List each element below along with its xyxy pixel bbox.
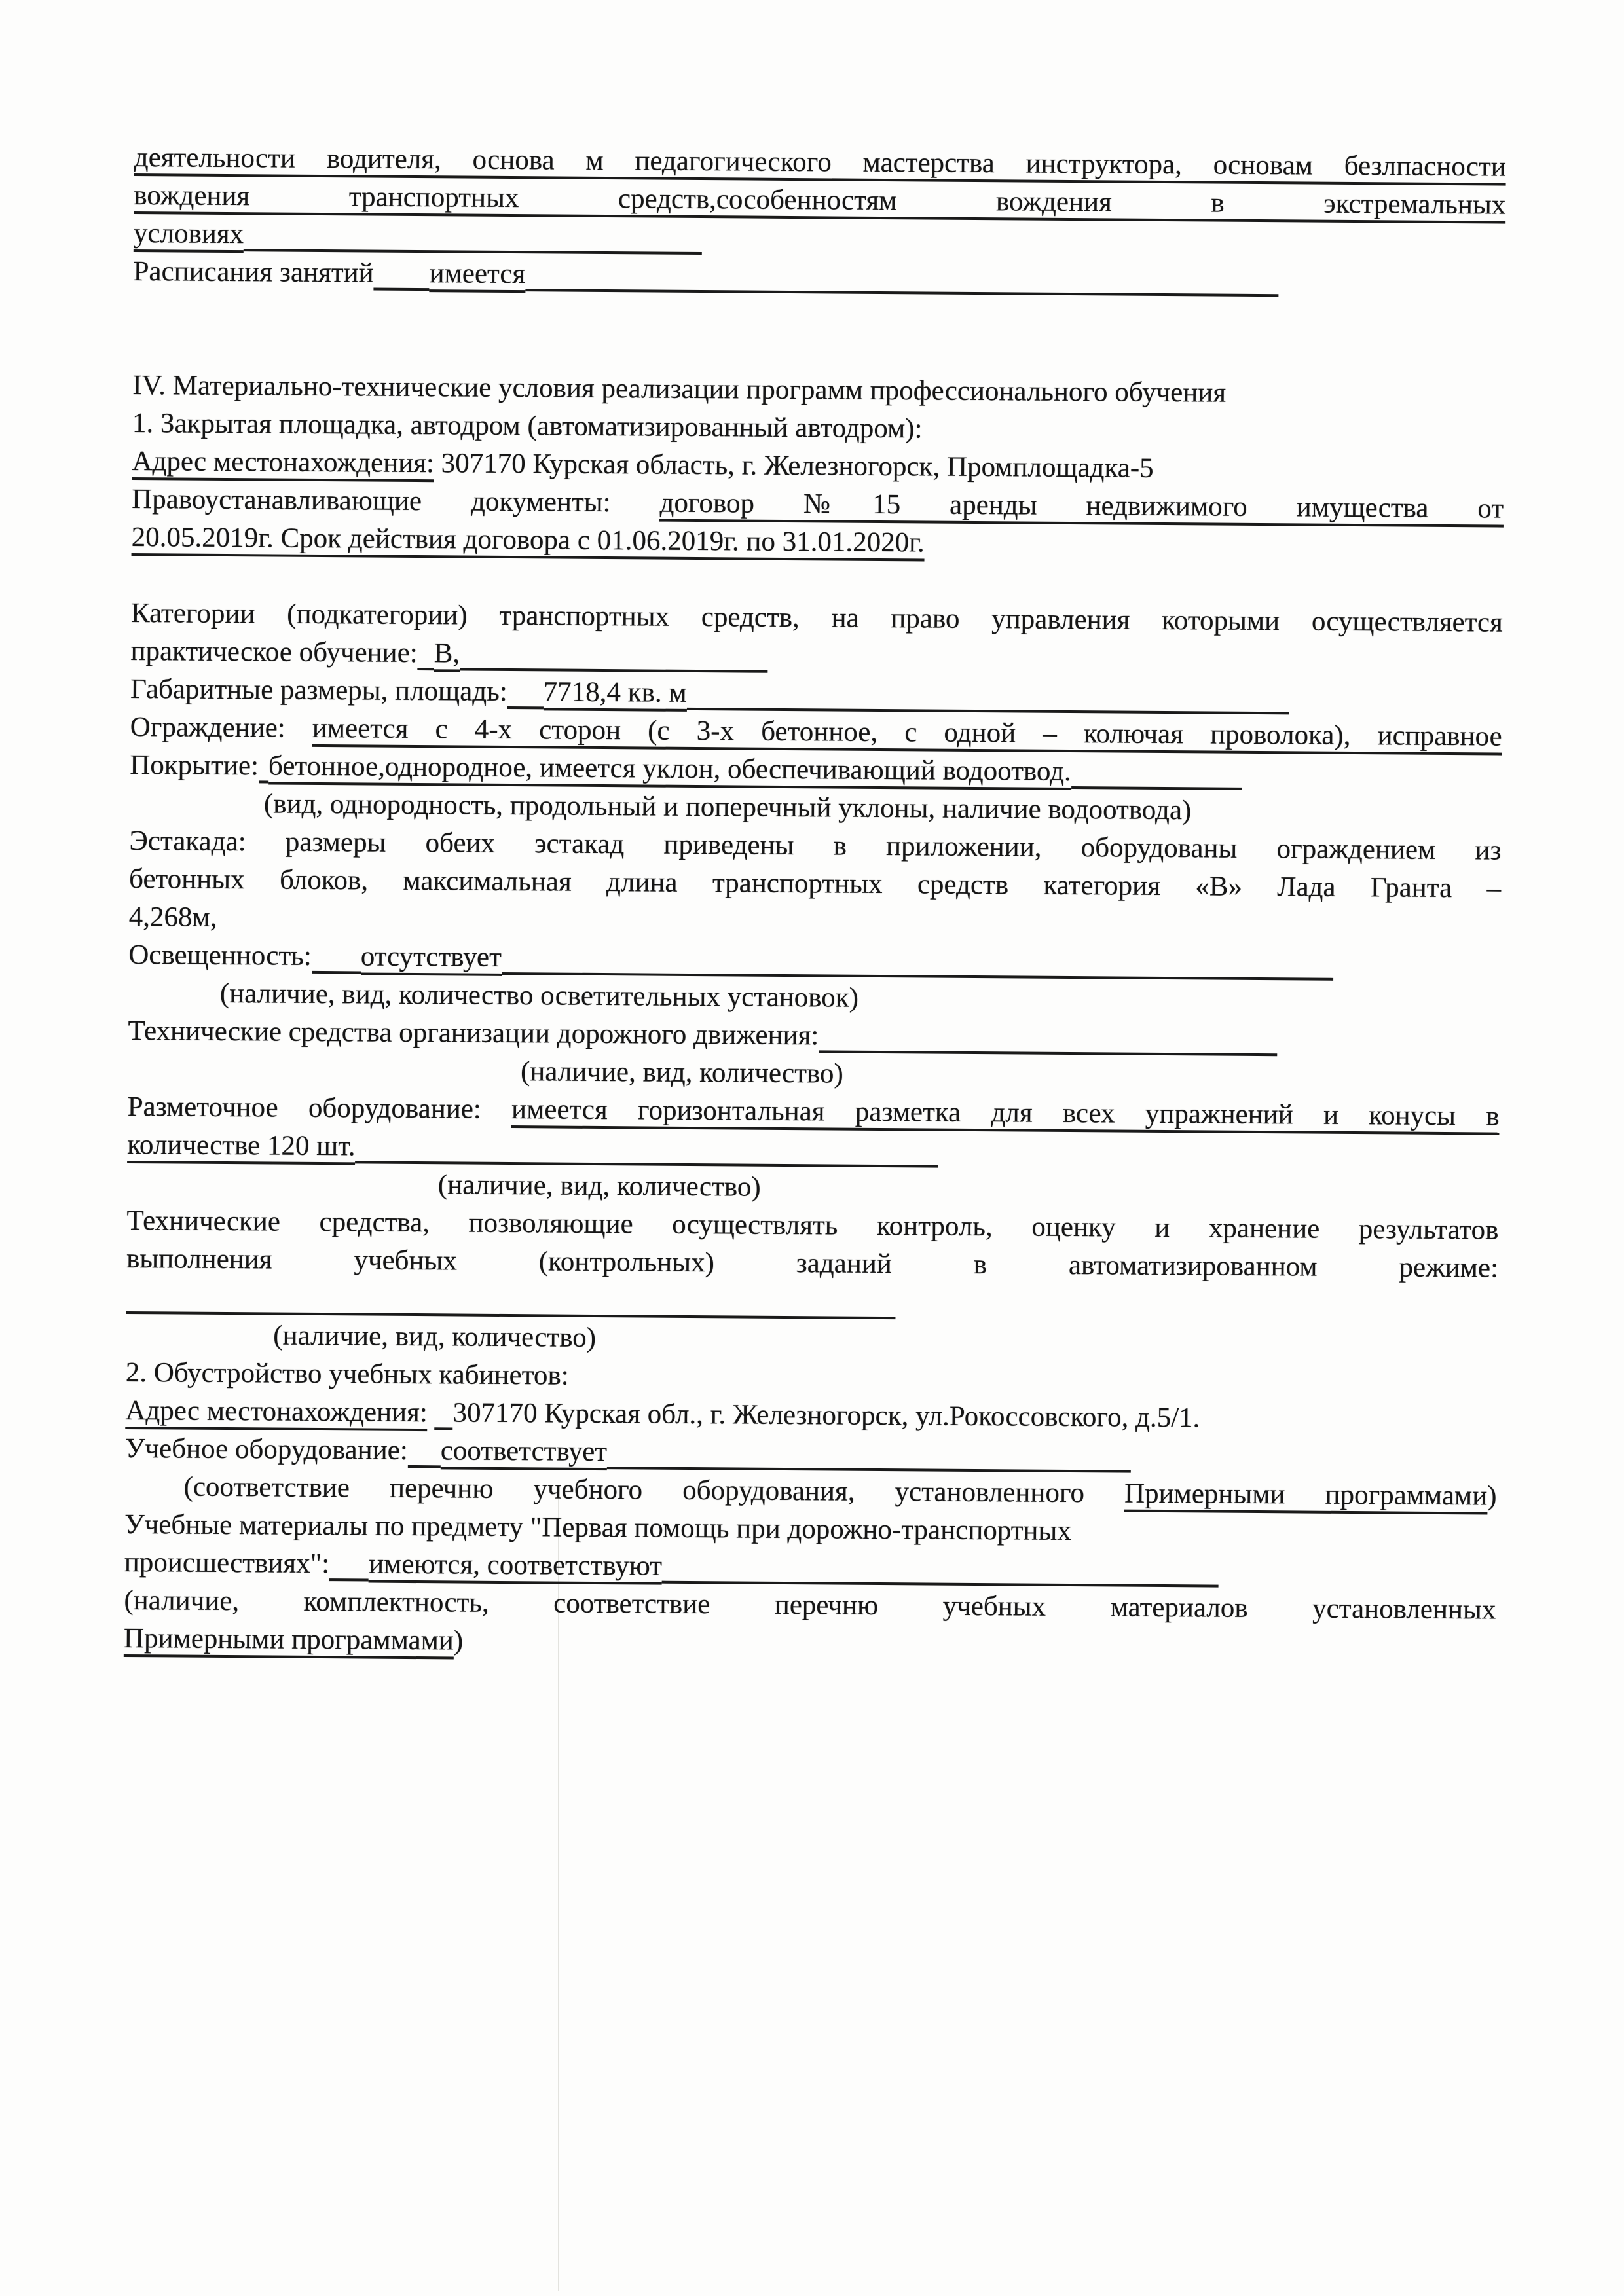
hint-materials-post: )	[454, 1625, 464, 1656]
surface-label: Покрытие:	[130, 750, 259, 781]
lighting-value: отсутствует	[361, 941, 502, 976]
hint-materials-text-1: (наличие, комплектность, соответствие пе…	[124, 1585, 1496, 1626]
marking-label: Разметочное оборудование:	[128, 1091, 482, 1125]
materials-value: имеются, соответствуют	[369, 1549, 662, 1585]
address-1-value: 307170 Курская область, г. Железногорск,…	[441, 448, 1154, 484]
materials-text-1: Учебные материалы по предмету "Первая по…	[124, 1509, 1071, 1546]
blank-field	[329, 1578, 369, 1581]
section4-title-text: IV. Материально-технические условия реал…	[132, 370, 1226, 409]
hint-control-text: (наличие, вид, количество)	[273, 1321, 596, 1353]
surface-value: бетонное,однородное, имеется уклон, обес…	[268, 750, 1071, 790]
overpass-text-3: 4,268м,	[129, 902, 217, 933]
item2-title-text: 2. Обустройство учебных кабинетов:	[126, 1357, 569, 1391]
hint-surface-text: (вид, однородность, продольный и попереч…	[264, 788, 1192, 826]
blank-field	[819, 1050, 1277, 1056]
dimensions-value: 7718,4 кв. м	[544, 676, 687, 712]
hint-marking-text: (наличие, вид, количество)	[438, 1169, 761, 1202]
equipment-value: соответствует	[441, 1435, 608, 1470]
materials-label-2: происшествиях":	[124, 1547, 330, 1579]
control-text-1: Технические средства, позволяющие осущес…	[126, 1205, 1498, 1246]
schedule-value: имеется	[429, 258, 525, 293]
blank-field	[507, 706, 544, 709]
equipment-label: Учебное оборудование:	[125, 1433, 408, 1466]
hint-equipment-link: Примерными программами	[1124, 1478, 1488, 1515]
scanned-document-page: деятельности водителя, основа м педагоги…	[0, 0, 1624, 2296]
blank-field	[434, 1427, 452, 1430]
control-text-2: выполнения учебных (контрольных) заданий…	[126, 1243, 1498, 1284]
blank-field	[259, 780, 268, 783]
hint-materials-link: Примерными программами	[124, 1623, 454, 1660]
blank-field	[418, 668, 434, 670]
dimensions-label: Габаритные размеры, площадь:	[130, 674, 507, 707]
intro-line-3-text: условиях	[134, 218, 244, 253]
document-content: деятельности водителя, основа м педагоги…	[124, 139, 1506, 1667]
marking-value-2: количестве 120 шт.	[127, 1129, 356, 1165]
categories-value: В,	[434, 638, 460, 672]
categories-text-1: Категории (подкатегории) транспортных ср…	[131, 598, 1503, 638]
categories-label-2: практическое обучение:	[130, 636, 417, 668]
lighting-label: Освещенность:	[128, 939, 312, 972]
legal-docs-label: Правоустанавливающие документы:	[132, 484, 611, 518]
blank-field	[408, 1465, 441, 1468]
hint-lighting-text: (наличие, вид, количество осветительных …	[220, 978, 858, 1013]
legal-docs-value-1: договор №15 аренды недвижимого имущества…	[659, 488, 1504, 528]
blank-field	[312, 971, 361, 974]
blank-field	[460, 668, 767, 672]
marking-value-1: имеется горизонтальная разметка для всех…	[511, 1094, 1500, 1135]
item1-title-text: 1. Закрытая площадка, автодром (автомати…	[132, 408, 923, 444]
address-2-value: 307170 Курская обл., г. Железногорск, ул…	[452, 1397, 1200, 1433]
legal-docs-value-2: 20.05.2019г. Срок действия договора с 01…	[132, 522, 925, 561]
fence-label: Ограждение:	[130, 712, 286, 744]
overpass-text-2: бетонных блоков, максимальная длина тран…	[129, 864, 1501, 904]
schedule-label: Расписания занятий	[133, 256, 373, 289]
blank-field	[373, 288, 429, 291]
address-2-label: Адрес местонахождения:	[125, 1395, 428, 1431]
address-1-label: Адрес местонахождения:	[132, 446, 434, 482]
overpass-text-1: Эстакада: размеры обеих эстакад приведен…	[129, 826, 1501, 866]
traffic-label: Технические средства организации дорожно…	[128, 1015, 819, 1051]
hint-traffic-text: (наличие, вид, количество)	[521, 1056, 843, 1089]
hint-equipment-pre: (соответствие перечню учебного оборудова…	[183, 1472, 1124, 1509]
hint-equipment-post: )	[1487, 1480, 1497, 1511]
blank-field	[1071, 786, 1242, 790]
